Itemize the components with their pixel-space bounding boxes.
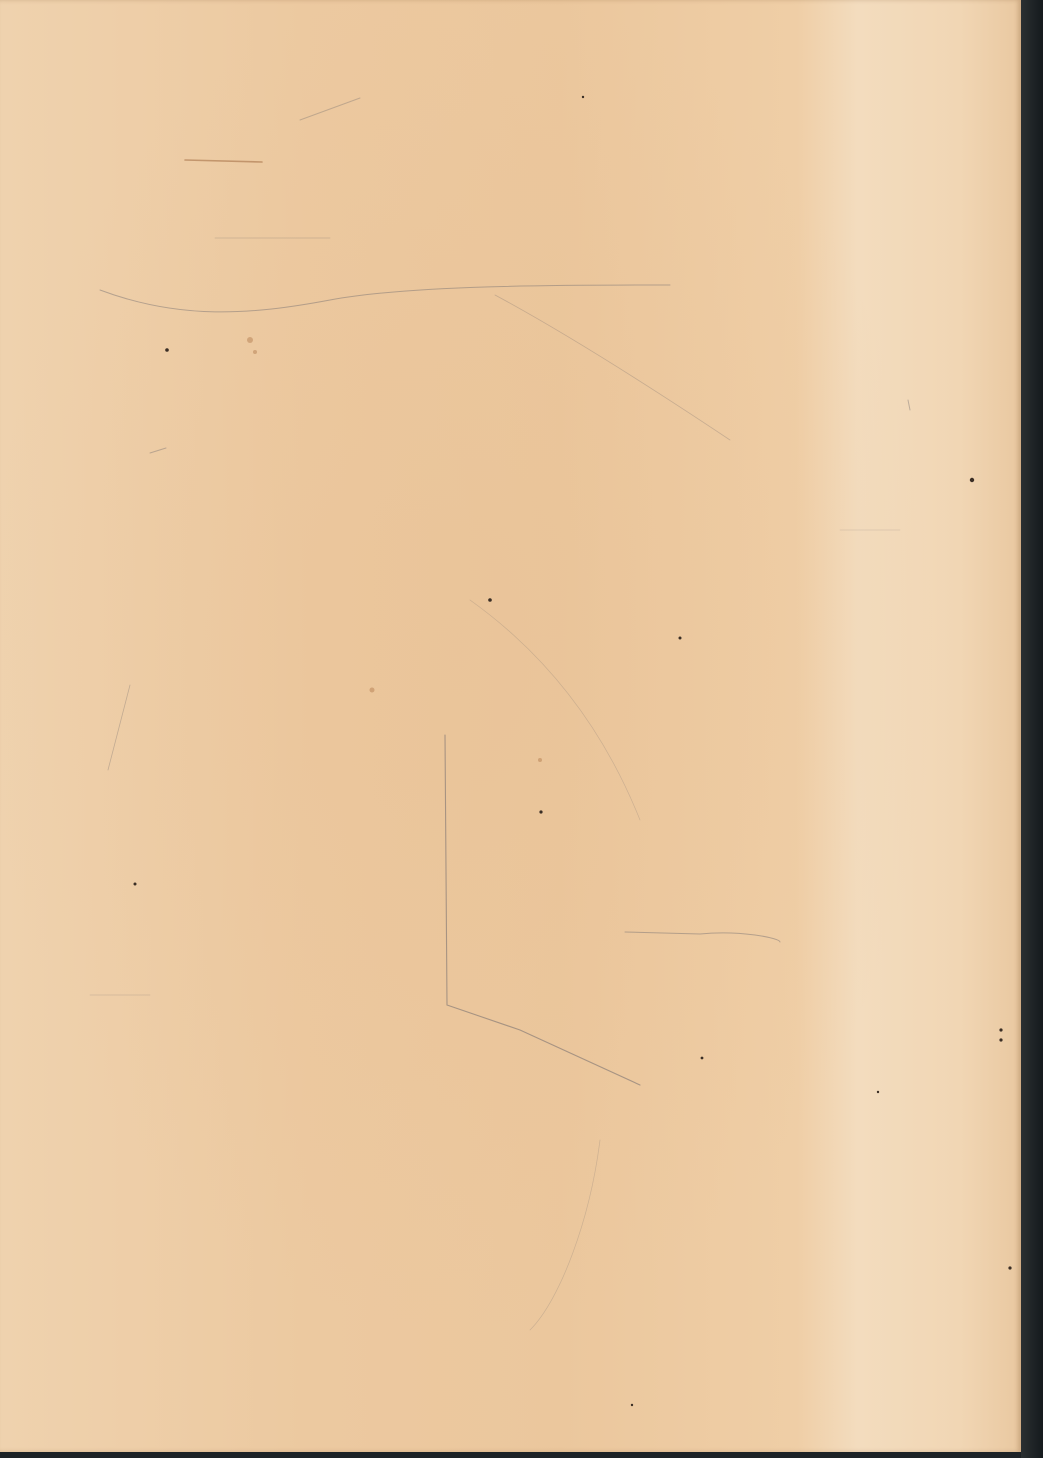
pencil-marks [0,0,1021,1452]
paper-page [0,0,1021,1452]
scan-background-edge [1021,0,1043,1458]
